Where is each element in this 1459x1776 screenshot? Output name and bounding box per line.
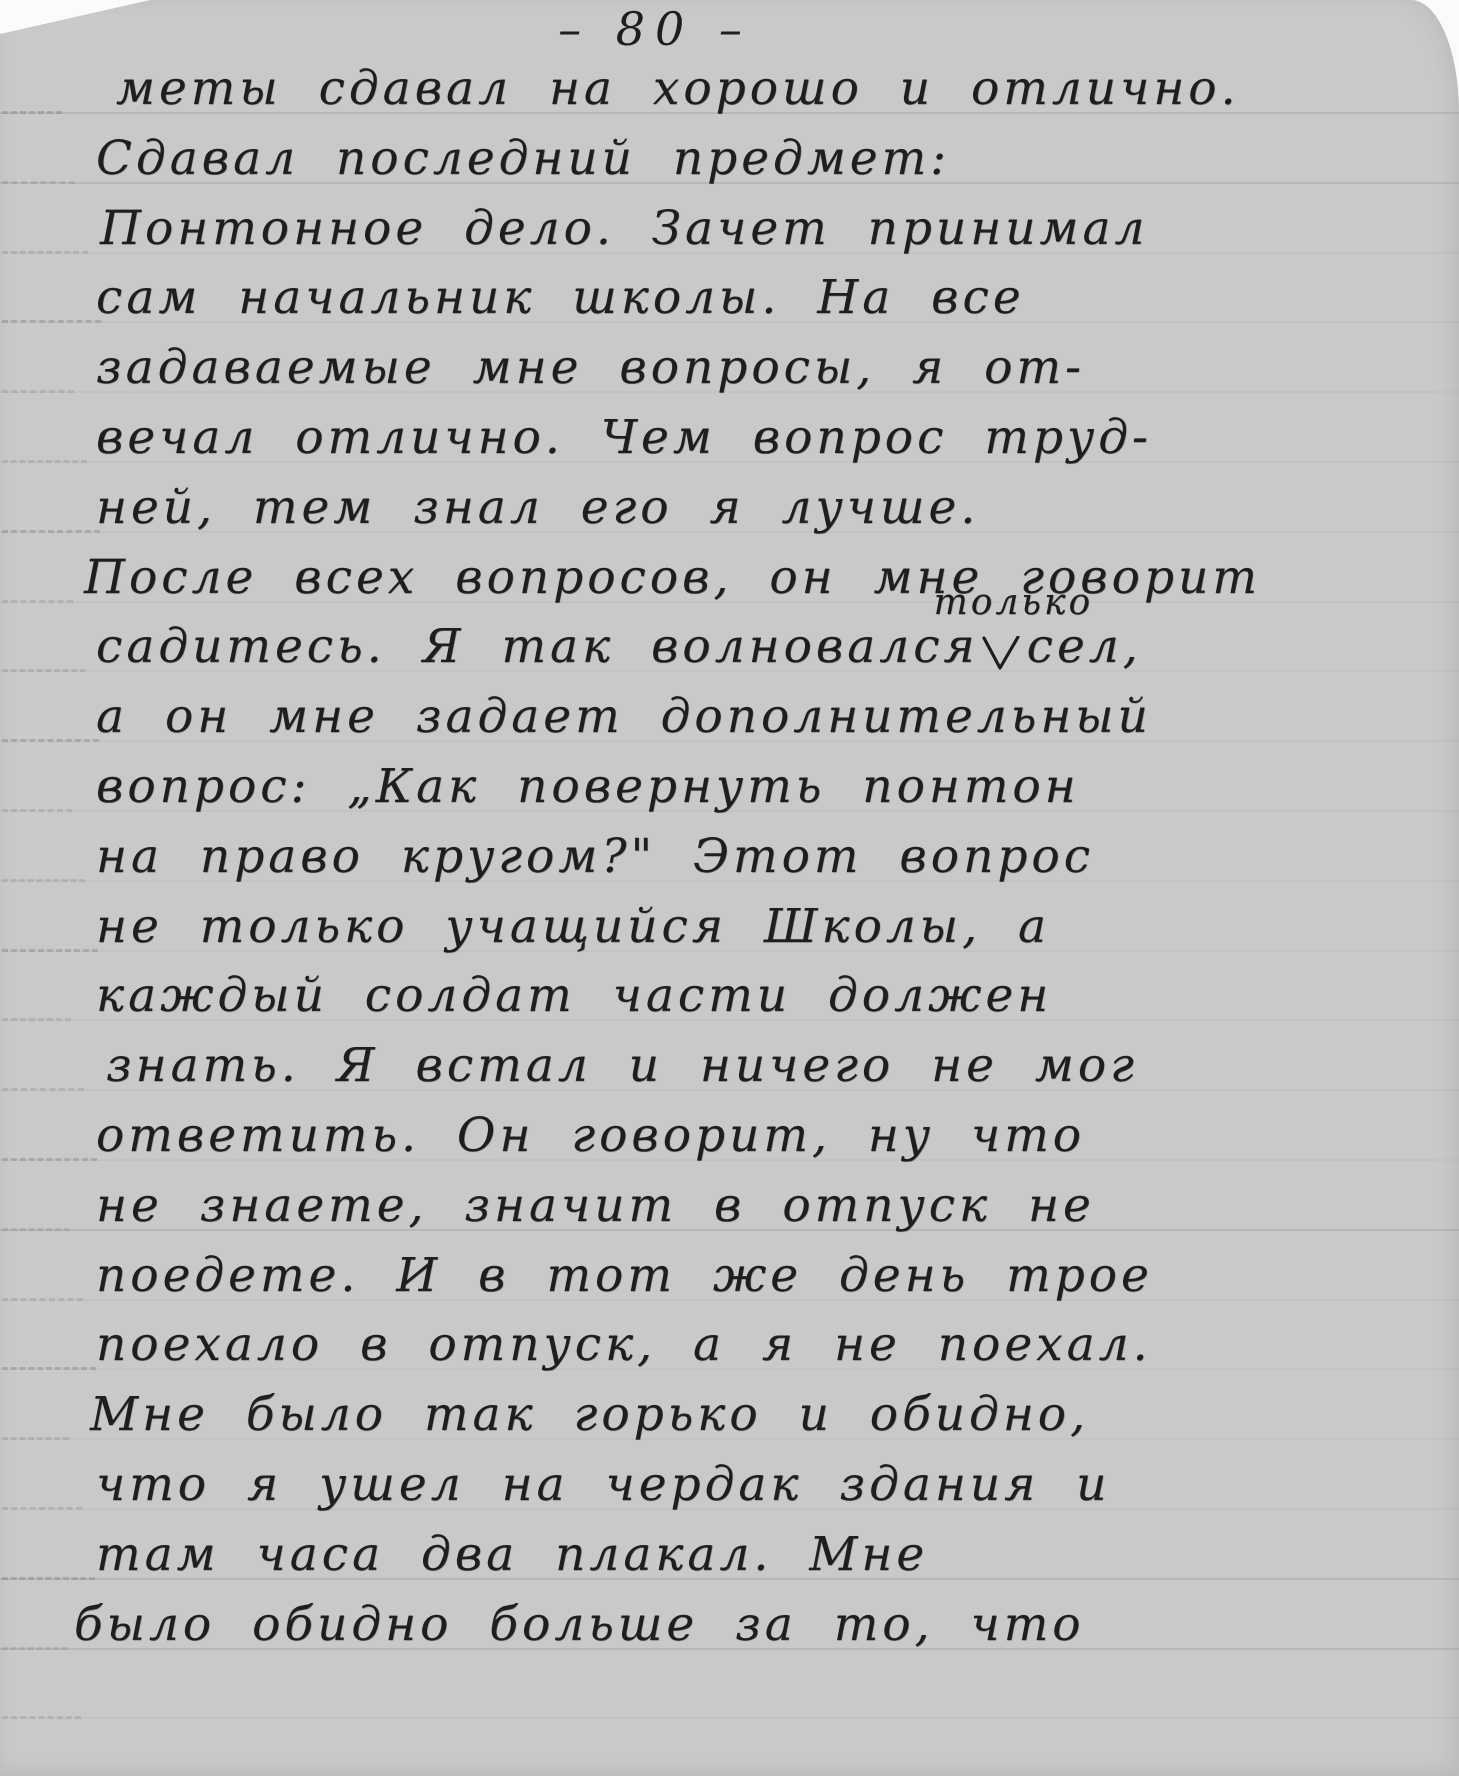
text-line: ней, тем знал его я лучше. xyxy=(96,473,1439,543)
ruled-line-margin-dash xyxy=(2,460,87,463)
handwritten-text-block: меты сдавал на хорошо и отлично. Сдавал … xyxy=(96,54,1439,1659)
ruled-line-margin-dash xyxy=(2,879,85,882)
text-line: там часа два плакал. Мне xyxy=(96,1520,1439,1590)
inserted-word: только xyxy=(934,568,1094,638)
text-line: а он мне задает дополнительный xyxy=(96,682,1439,752)
text-line: Мне было так горько и обидно, xyxy=(90,1380,1439,1450)
text-line: задаваемые мне вопросы, я от- xyxy=(96,333,1439,403)
ruled-line-margin-dash xyxy=(2,1507,82,1510)
text-line: меты сдавал на хорошо и отлично. xyxy=(96,54,1439,124)
ruled-line-margin-dash xyxy=(2,251,88,254)
text-line-with-insertion: садитесь. Я так волновался только сел, xyxy=(96,612,1439,682)
ruled-line-margin-dash xyxy=(2,1298,83,1301)
text-line: ответить. Он говорит, ну что xyxy=(96,1101,1439,1171)
text-line: каждый солдат части должен xyxy=(96,961,1439,1031)
text-line: После всех вопросов, он мне говорит xyxy=(84,543,1439,613)
text-line: знать. Я встал и ничего не мог xyxy=(96,1031,1439,1101)
ruled-line-margin-dash xyxy=(2,320,101,323)
ruled-line-margin-dash xyxy=(2,1647,68,1650)
text-line: было обидно больше за то, что xyxy=(74,1590,1439,1660)
ruled-line-margin-dash xyxy=(2,1577,95,1580)
ruled-line-margin-dash xyxy=(2,181,75,184)
text-before-insertion: садитесь. Я так волновался xyxy=(96,619,979,674)
ruled-line-margin-dash xyxy=(2,1018,71,1021)
text-line: поедете. И в тот же день трое xyxy=(96,1241,1439,1311)
ruled-line-margin-dash xyxy=(2,600,73,603)
manuscript-page: – 80 – меты сдавал на хорошо и отлично. … xyxy=(0,0,1459,1776)
ruled-line-margin-dash xyxy=(2,530,100,533)
ruled-line-margin-dash xyxy=(2,1088,84,1091)
ruled-line-margin-dash xyxy=(2,1437,69,1440)
text-line: вечал отлично. Чем вопрос труд- xyxy=(96,403,1439,473)
text-line: не только учащийся Школы, а xyxy=(96,892,1439,962)
text-line: сам начальник школы. На все xyxy=(96,263,1439,333)
ruled-line-margin-dash xyxy=(2,111,62,114)
ruled-line-margin-dash xyxy=(2,1228,70,1231)
text-line: не знаете, значит в отпуск не xyxy=(96,1171,1439,1241)
insertion-caret-icon: только xyxy=(981,612,1021,682)
ruled-line-margin-dash xyxy=(2,1158,97,1161)
text-line: Сдавал последний предмет: xyxy=(96,124,1439,194)
ruled-line-margin-dash xyxy=(2,1716,81,1719)
text-line: вопрос: „Как повернуть понтон xyxy=(96,752,1439,822)
ruled-line-margin-dash xyxy=(2,390,74,393)
text-line: что я ушел на чердак здания и xyxy=(96,1450,1439,1520)
ruled-line xyxy=(0,1717,1459,1719)
ruled-line-margin-dash xyxy=(2,809,72,812)
ruled-line-margin-dash xyxy=(2,1367,96,1370)
page-number: – 80 – xyxy=(0,2,1310,56)
ruled-line-margin-dash xyxy=(2,739,99,742)
text-line: на право кругом?" Этот вопрос xyxy=(96,822,1439,892)
text-line: поехало в отпуск, а я не поехал. xyxy=(96,1310,1439,1380)
ruled-line-margin-dash xyxy=(2,669,86,672)
ruled-line-margin-dash xyxy=(2,949,98,952)
text-line: Понтонное дело. Зачет принимал xyxy=(96,194,1439,264)
